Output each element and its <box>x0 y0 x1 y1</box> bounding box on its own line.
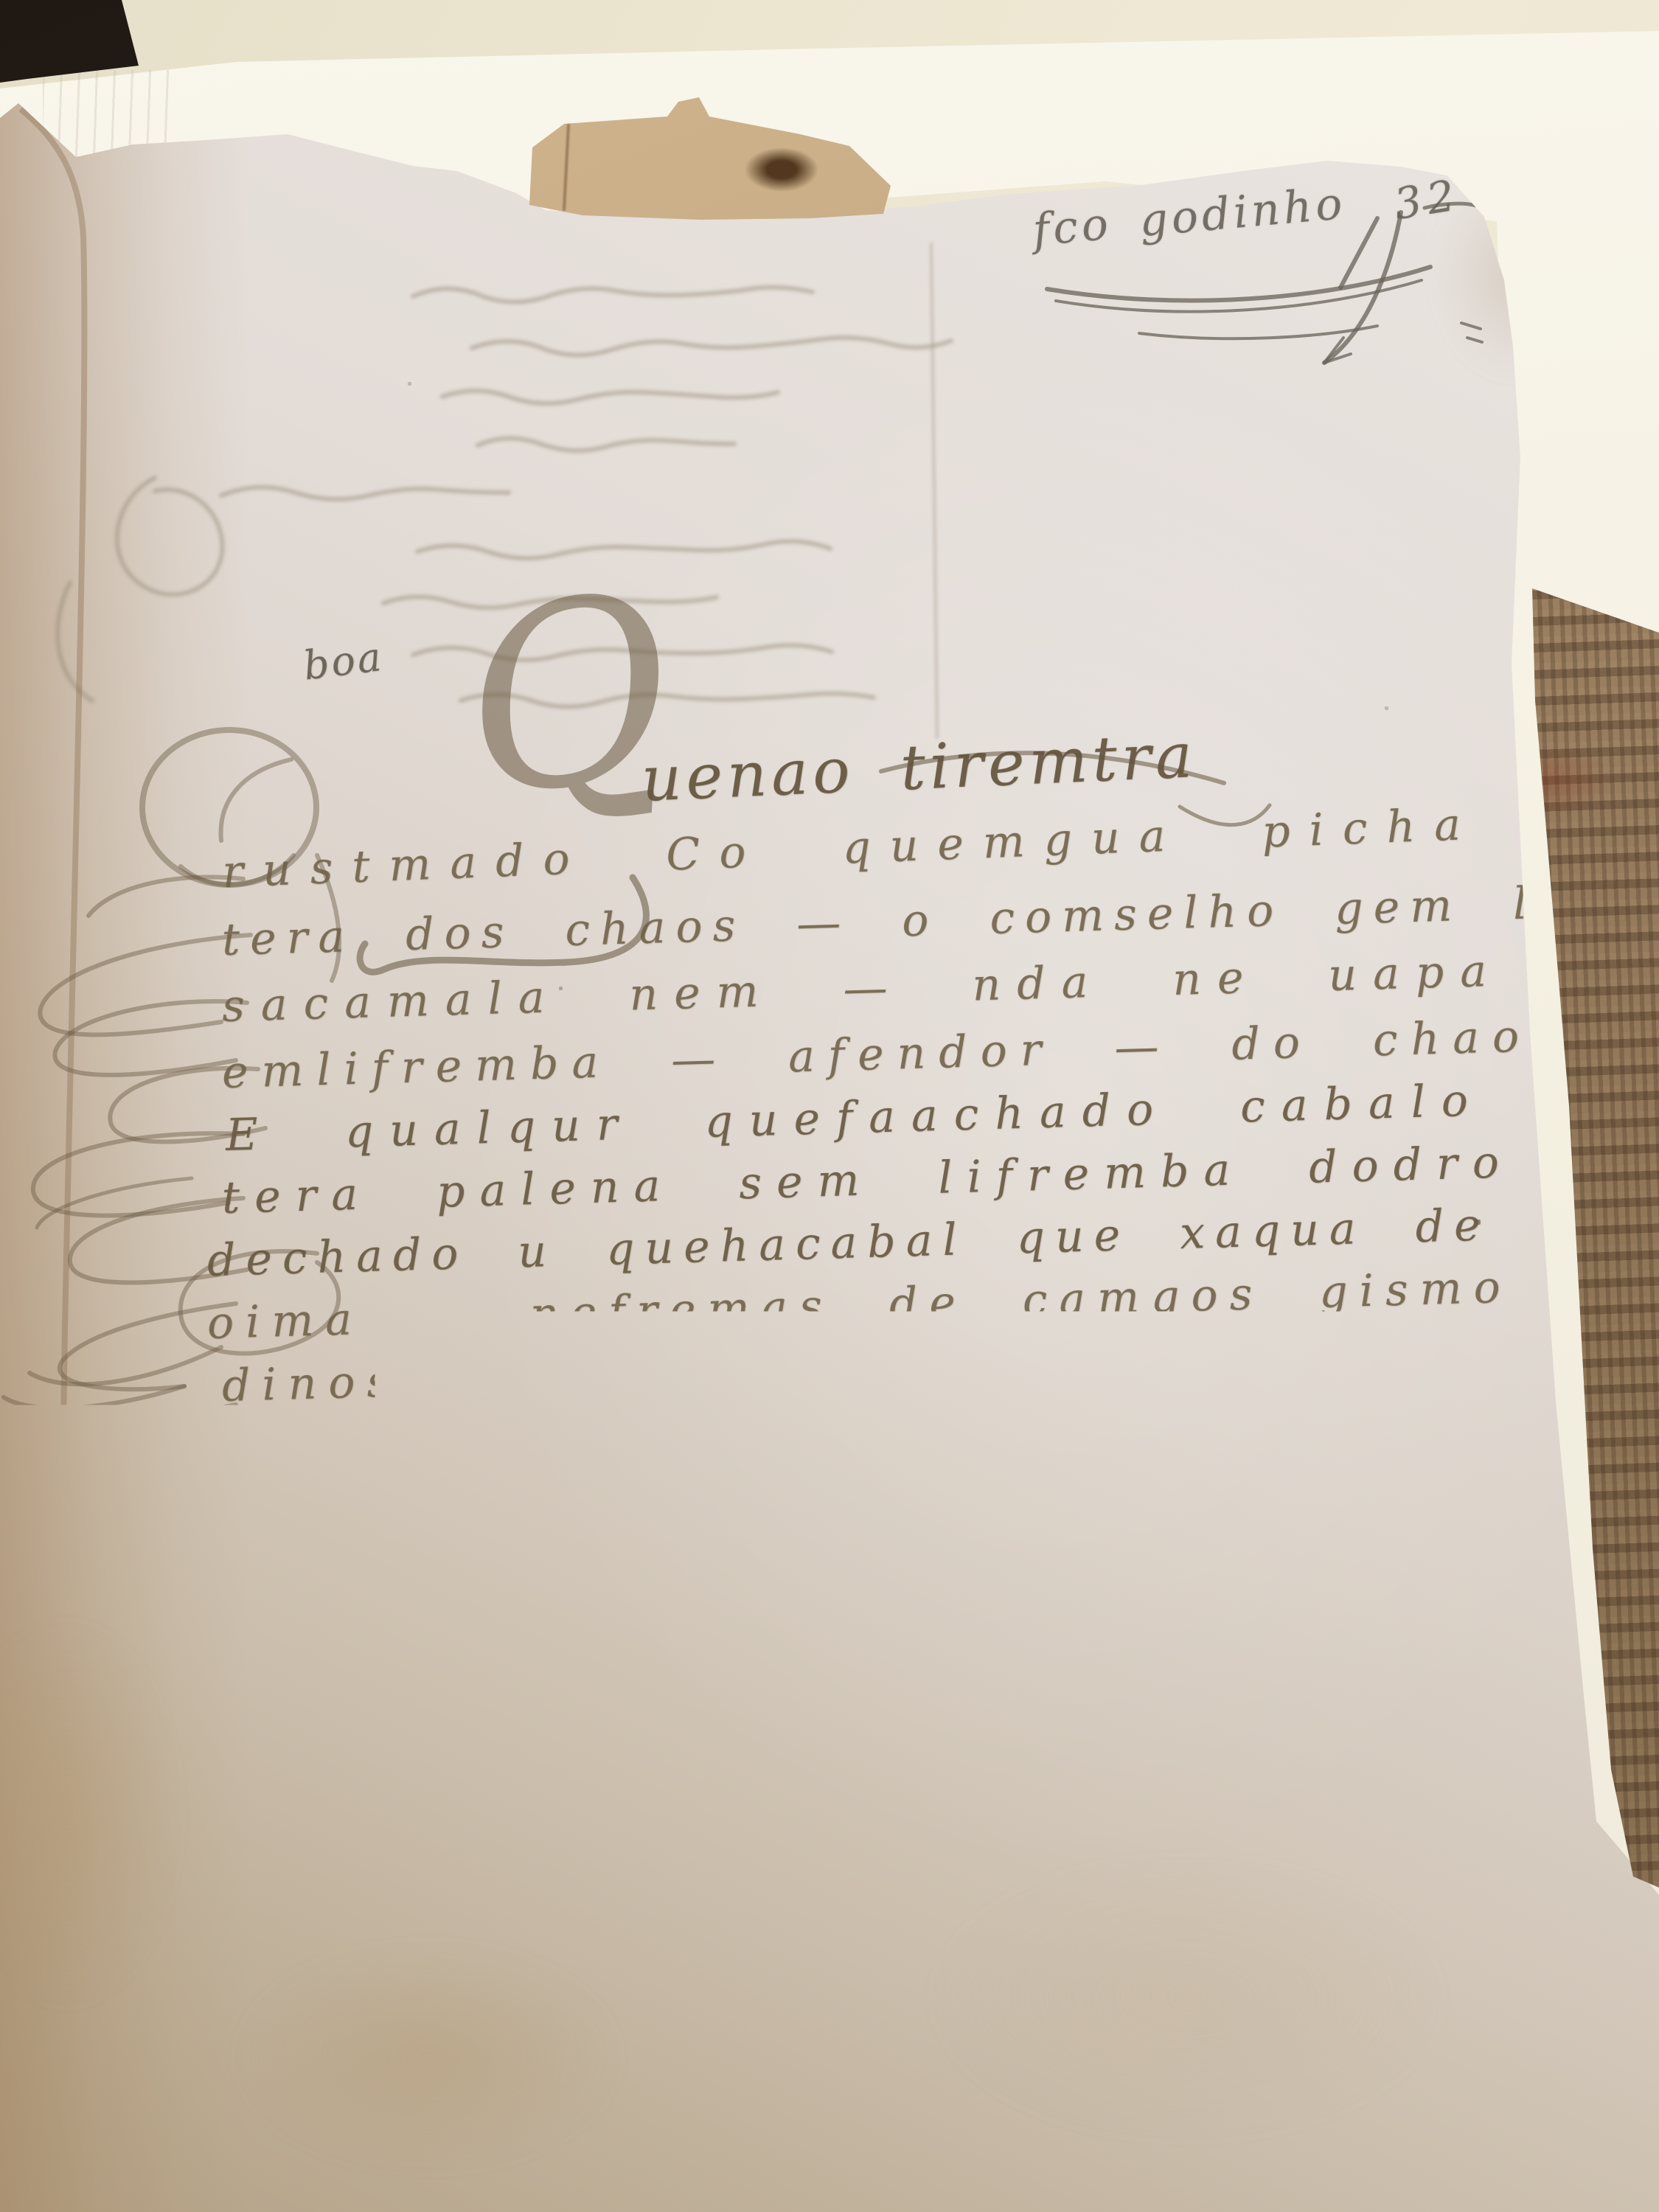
manuscript-photo: Q uenao tiremtra boa fco godinho 32 rust… <box>0 0 1659 2212</box>
spine-crease-line <box>21 109 84 2212</box>
approval-note: boa <box>301 633 386 689</box>
manuscript-page: Q uenao tiremtra boa fco godinho 32 rust… <box>0 0 1659 2212</box>
fragment-wormhole <box>745 147 818 192</box>
